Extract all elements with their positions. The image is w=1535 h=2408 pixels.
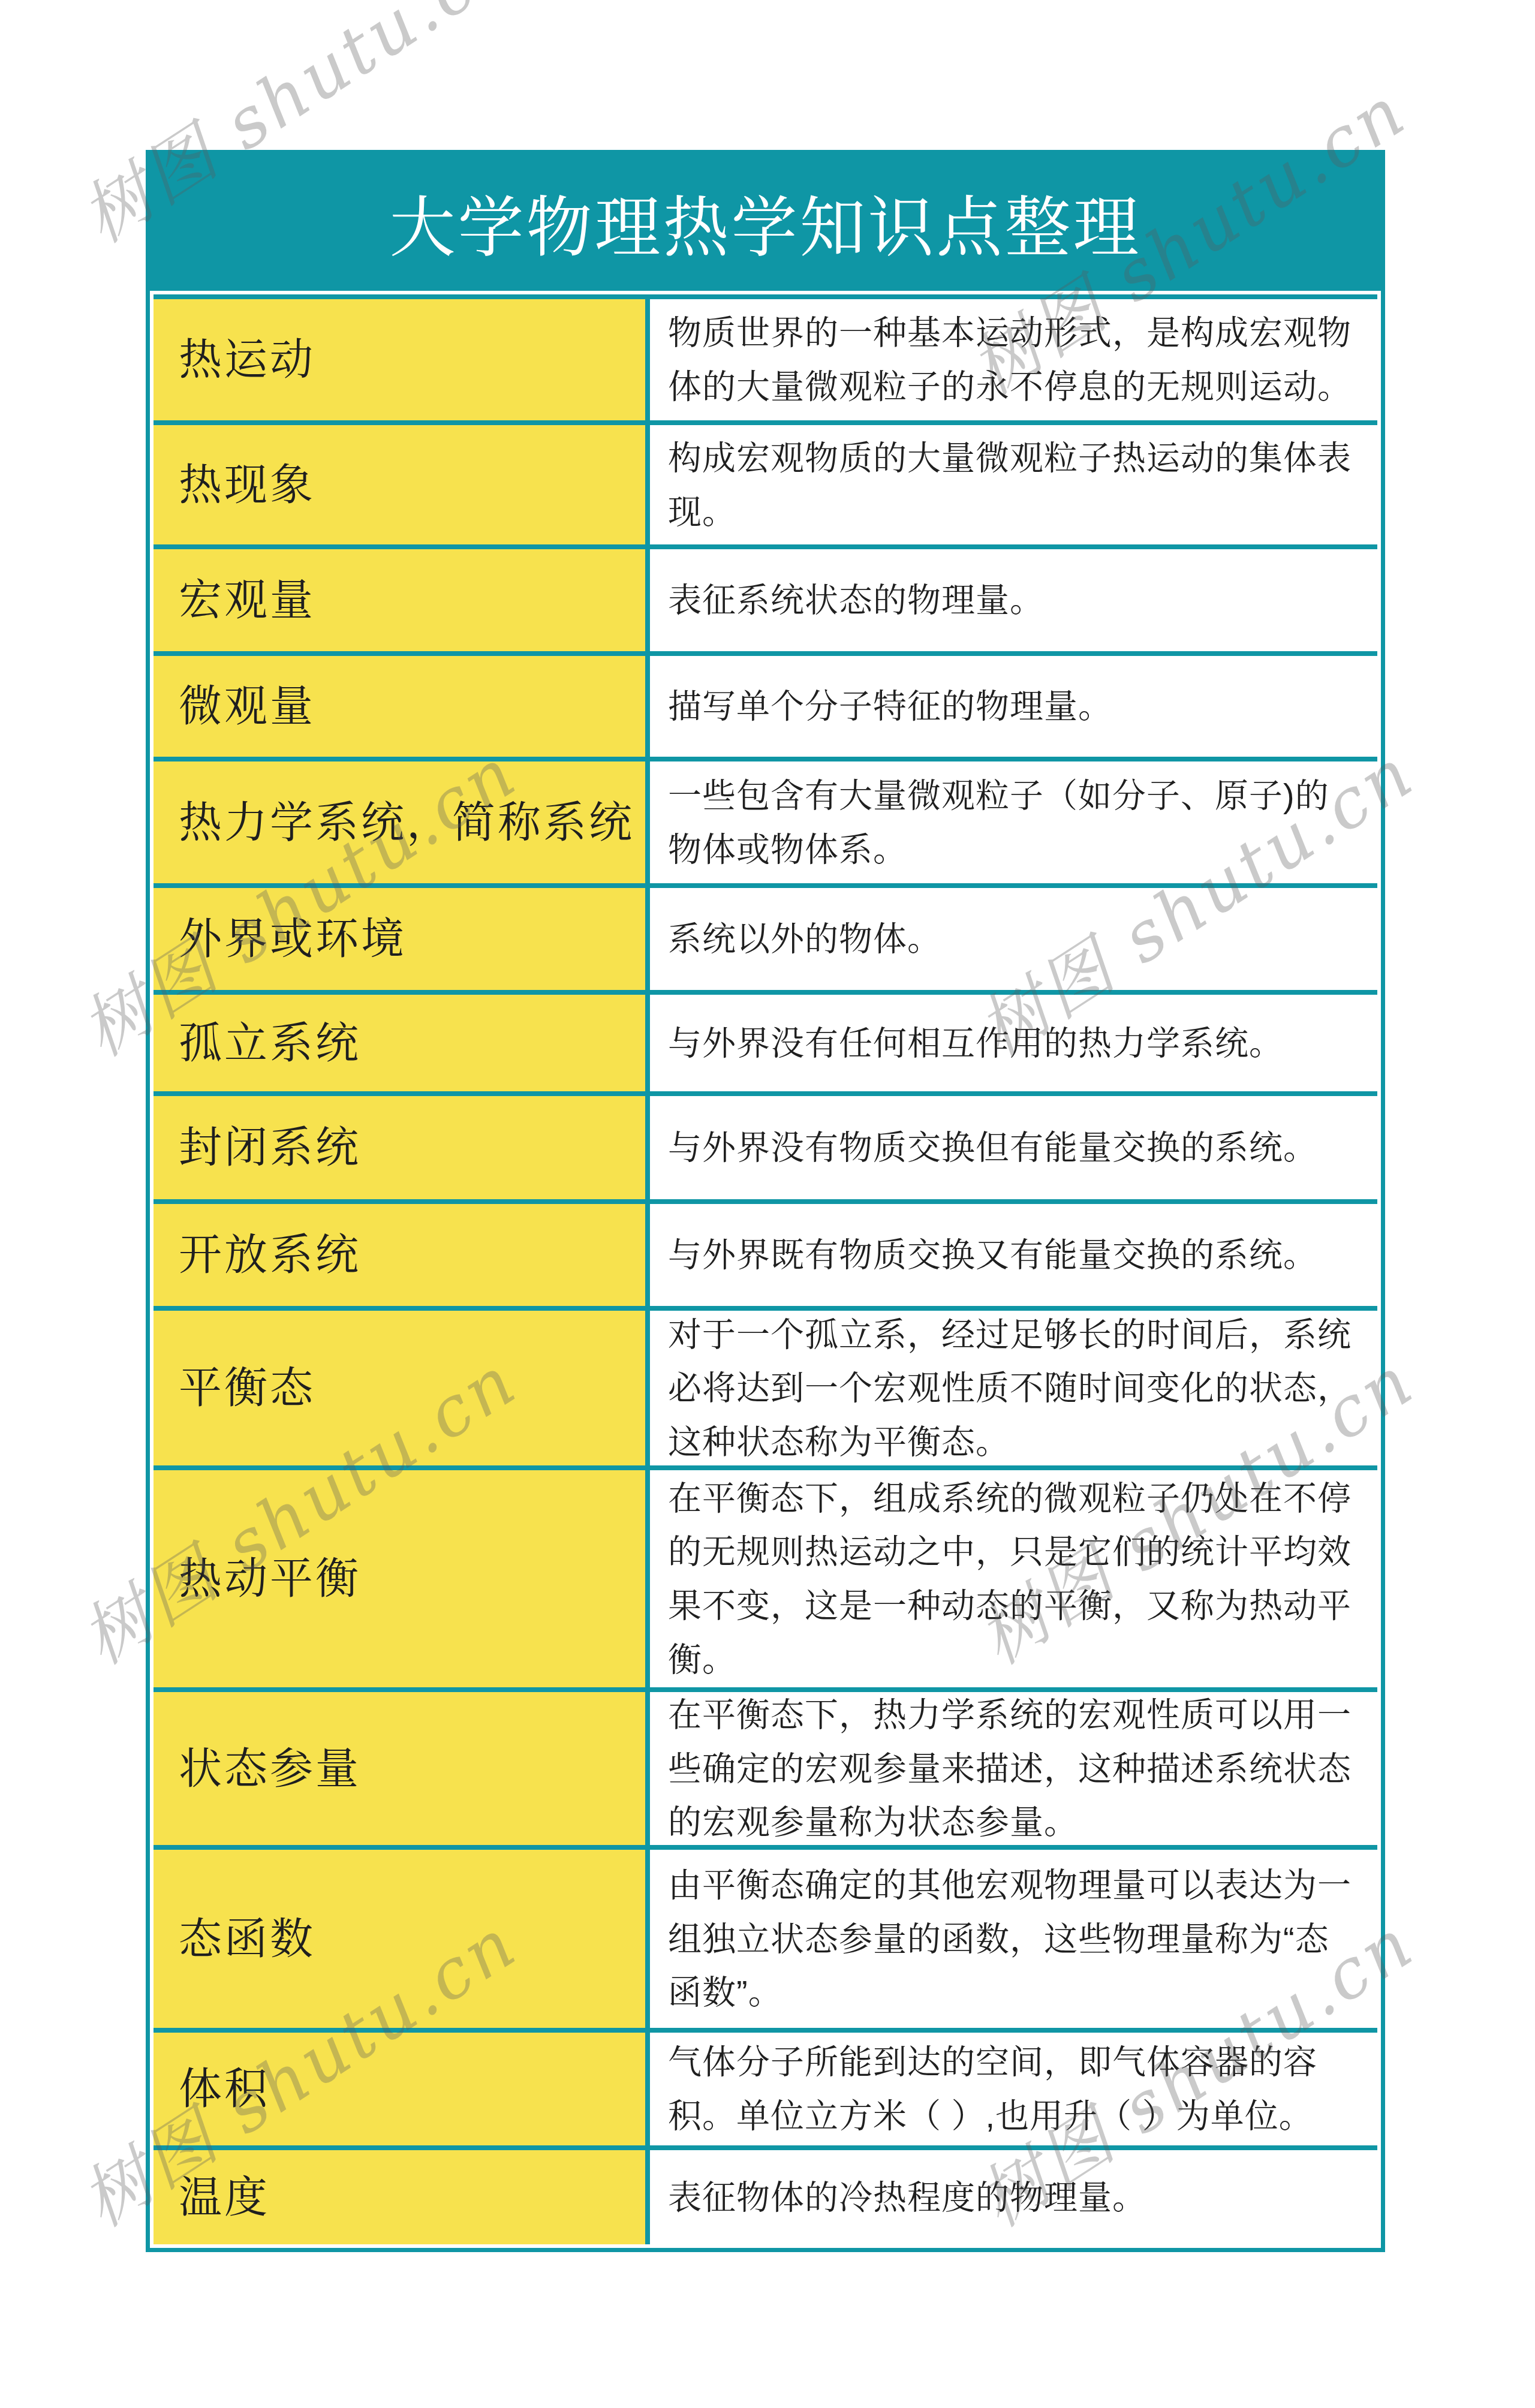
- term-cell: 热现象: [153, 420, 645, 544]
- definition-cell: 表征系统状态的物理量。: [645, 544, 1377, 651]
- term-cell: 开放系统: [153, 1199, 645, 1306]
- definition-cell: 在平衡态下，热力学系统的宏观性质可以用一些确定的宏观参量来描述，这种描述系统状态…: [645, 1687, 1377, 1845]
- definition-cell: 气体分子所能到达的空间，即气体容器的容积。单位立方米（ ）,也用升（ ）为单位。: [645, 2028, 1377, 2145]
- term-cell: 态函数: [153, 1845, 645, 2028]
- term-cell: 体积: [153, 2028, 645, 2145]
- term-cell: 热运动: [153, 294, 645, 420]
- definition-cell: 系统以外的物体。: [645, 883, 1377, 990]
- term-cell: 微观量: [153, 651, 645, 757]
- definition-cell: 一些包含有大量微观粒子（如分子、原子)的物体或物体系。: [645, 757, 1377, 883]
- term-cell: 宏观量: [153, 544, 645, 651]
- term-cell: 温度: [153, 2145, 645, 2244]
- definition-cell: 由平衡态确定的其他宏观物理量可以表达为一组独立状态参量的函数，这些物理量称为“态…: [645, 1845, 1377, 2028]
- term-cell: 热力学系统，简称系统: [153, 757, 645, 883]
- knowledge-table: 大学物理热学知识点整理 热运动物质世界的一种基本运动形式，是构成宏观物体的大量微…: [146, 150, 1385, 2252]
- definition-cell: 与外界没有物质交换但有能量交换的系统。: [645, 1091, 1377, 1199]
- definition-cell: 表征物体的冷热程度的物理量。: [645, 2145, 1377, 2244]
- definition-cell: 对于一个孤立系，经过足够长的时间后，系统必将达到一个宏观性质不随时间变化的状态，…: [645, 1306, 1377, 1465]
- definition-cell: 构成宏观物质的大量微观粒子热运动的集体表现。: [645, 420, 1377, 544]
- page: 大学物理热学知识点整理 热运动物质世界的一种基本运动形式，是构成宏观物体的大量微…: [0, 0, 1535, 2408]
- table-body: 热运动物质世界的一种基本运动形式，是构成宏观物体的大量微观粒子的永不停息的无规则…: [150, 291, 1381, 2248]
- term-cell: 外界或环境: [153, 883, 645, 990]
- definition-cell: 在平衡态下，组成系统的微观粒子仍处在不停的无规则热运动之中，只是它们的统计平均效…: [645, 1465, 1377, 1687]
- definition-cell: 描写单个分子特征的物理量。: [645, 651, 1377, 757]
- term-cell: 平衡态: [153, 1306, 645, 1465]
- term-cell: 热动平衡: [153, 1465, 645, 1687]
- table-grid: 热运动物质世界的一种基本运动形式，是构成宏观物体的大量微观粒子的永不停息的无规则…: [153, 294, 1377, 2244]
- term-cell: 孤立系统: [153, 990, 645, 1091]
- definition-cell: 与外界没有任何相互作用的热力学系统。: [645, 990, 1377, 1091]
- table-header: 大学物理热学知识点整理: [150, 154, 1381, 291]
- definition-cell: 与外界既有物质交换又有能量交换的系统。: [645, 1199, 1377, 1306]
- term-cell: 状态参量: [153, 1687, 645, 1845]
- term-cell: 封闭系统: [153, 1091, 645, 1199]
- page-title: 大学物理热学知识点整理: [390, 175, 1142, 270]
- definition-cell: 物质世界的一种基本运动形式，是构成宏观物体的大量微观粒子的永不停息的无规则运动。: [645, 294, 1377, 420]
